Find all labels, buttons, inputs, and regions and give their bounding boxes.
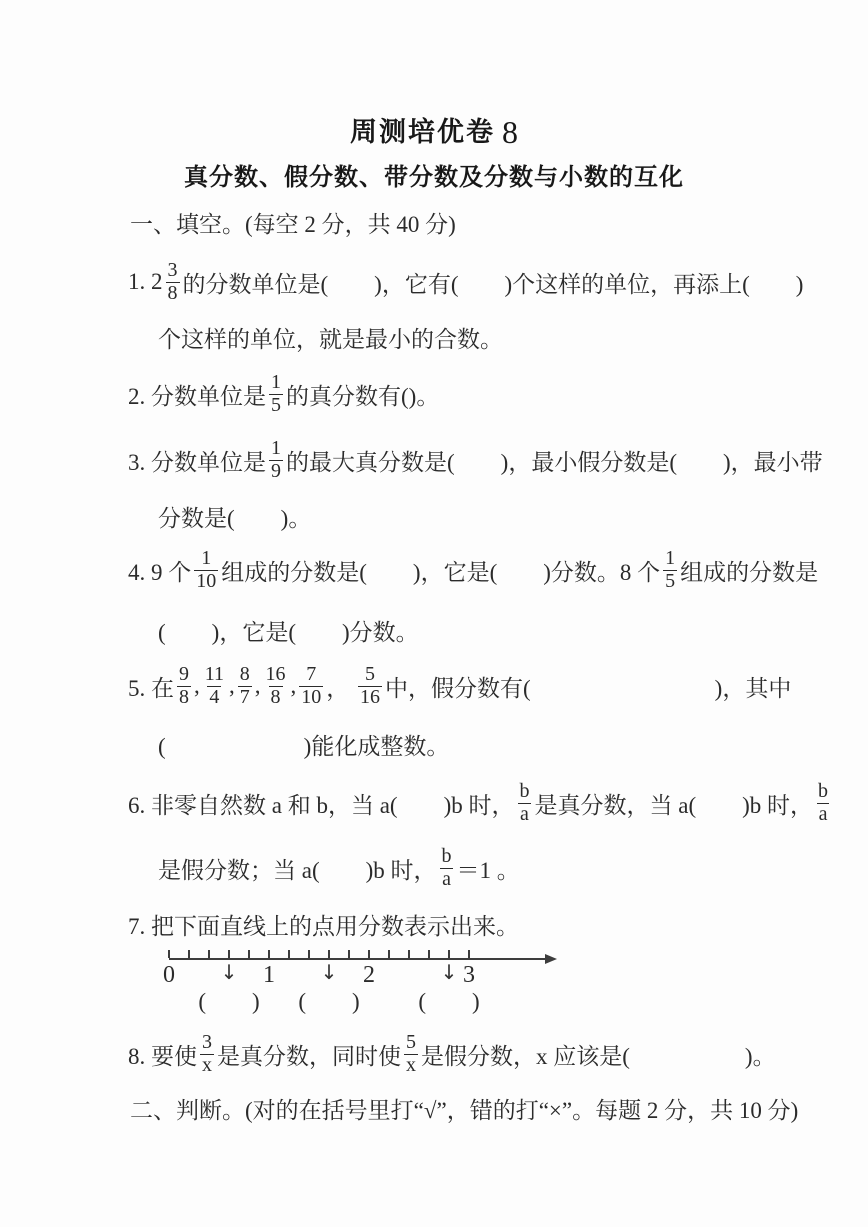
- fraction-numerator: 11: [203, 664, 226, 686]
- text-run: 6. 非零自然数 a 和 b，当 a( )b 时，: [128, 787, 515, 820]
- fraction: ba: [518, 781, 532, 825]
- text-run: 5. 在: [128, 670, 174, 703]
- question-4-line-2: ( )，它是( )分数。: [158, 614, 419, 647]
- fraction-denominator: 7: [238, 686, 252, 709]
- fraction: 516: [358, 664, 382, 708]
- fraction-denominator: 16: [358, 686, 382, 709]
- numberline-tick: [248, 950, 250, 958]
- text-run: 的真分数有()。: [286, 378, 439, 411]
- fraction-numerator: 5: [363, 664, 377, 686]
- text-run: ，: [326, 670, 355, 703]
- fraction-numerator: 7: [304, 664, 318, 686]
- fraction-numerator: 1: [269, 372, 283, 394]
- text-run: 的最大真分数是( )，最小假分数是( )，最小带: [286, 444, 823, 477]
- text-run: ,: [194, 673, 200, 699]
- text-run: ( )能化成整数。: [158, 734, 449, 759]
- fraction-numerator: 1: [269, 438, 283, 460]
- numberline-label: 3: [463, 963, 475, 987]
- text-run: 组成的分数是( )，它是( )分数。8 个: [221, 554, 660, 587]
- text-run: 8. 要使: [128, 1038, 197, 1071]
- question-7-line-1: 7. 把下面直线上的点用分数表示出来。: [128, 908, 519, 941]
- question-4-line-1: 4. 9 个110组成的分数是( )，它是( )分数。8 个15组成的分数是: [128, 540, 818, 600]
- fraction-denominator: 9: [269, 460, 283, 483]
- question-2-line-1: 2. 分数单位是15的真分数有()。: [128, 364, 439, 424]
- fraction: 5x: [404, 1032, 418, 1076]
- page-title-number: 8: [502, 114, 518, 150]
- numberline-tick: [368, 950, 370, 958]
- fraction-numerator: 9: [177, 664, 191, 686]
- page-title-text: 周测培优卷: [350, 117, 495, 147]
- numberline-label: 2: [363, 963, 375, 987]
- text-run: 组成的分数是: [680, 554, 818, 587]
- numberline-label: 1: [263, 963, 275, 987]
- text-run: 1. 2: [128, 269, 163, 295]
- fraction: 15: [269, 372, 283, 416]
- question-8-line-1: 8. 要使3x是真分数，同时使5x是假分数，x 应该是( )。: [128, 1024, 776, 1084]
- fraction-denominator: a: [440, 868, 453, 891]
- fraction-numerator: 1: [663, 548, 677, 570]
- numberline-tick: [348, 950, 350, 958]
- numberline-tick: [388, 950, 390, 958]
- worksheet-page: 周测培优卷8 真分数、假分数、带分数及分数与小数的互化 一、填空。(每空 2 分…: [0, 0, 868, 1227]
- numberline-tick: [428, 950, 430, 958]
- text-run: 是真分数，同时使: [217, 1038, 401, 1071]
- fraction-numerator: 5: [404, 1032, 418, 1054]
- fraction-denominator: 5: [663, 570, 677, 593]
- fraction-denominator: x: [200, 1054, 214, 1077]
- numberline-tick: [168, 950, 170, 958]
- fraction: 19: [269, 438, 283, 482]
- numberline-tick: [228, 950, 230, 958]
- numberline-tick: [408, 950, 410, 958]
- fraction-denominator: 8: [177, 686, 191, 709]
- fraction-denominator: a: [518, 803, 531, 826]
- question-3-line-2: 分数是( )。: [158, 500, 311, 533]
- question-3-line-1: 3. 分数单位是19的最大真分数是( )，最小假分数是( )，最小带: [128, 430, 823, 490]
- fraction: 110: [194, 548, 218, 592]
- text-run: 7. 把下面直线上的点用分数表示出来。: [128, 914, 519, 939]
- numberline-tick: [328, 950, 330, 958]
- fraction: ba: [816, 781, 830, 825]
- numberline-tick: [448, 950, 450, 958]
- fraction-denominator: 10: [299, 686, 323, 709]
- answer-blank: ( ): [418, 990, 479, 1013]
- text-run: 是真分数，当 a( )b 时，: [535, 787, 814, 820]
- numberline-arrowhead-icon: [545, 954, 557, 964]
- fraction-denominator: 8: [269, 686, 283, 709]
- question-6-line-2: 是假分数；当 a( )b 时，ba＝1 。: [158, 838, 520, 898]
- text-run: 中，假分数有( )，其中: [385, 670, 791, 703]
- fraction: 98: [177, 664, 191, 708]
- fraction-denominator: 5: [269, 394, 283, 417]
- number-line-figure: 0123↓↓↓( )( )( ): [0, 945, 868, 1020]
- down-arrow-icon: ↓: [321, 962, 338, 982]
- text-run: 是假分数；当 a( )b 时，: [158, 852, 437, 885]
- text-run: ( )，它是( )分数。: [158, 620, 419, 645]
- fraction-numerator: 3: [166, 260, 180, 282]
- text-run: ,: [255, 673, 261, 699]
- fraction: 114: [203, 664, 226, 708]
- fraction-numerator: 16: [264, 664, 288, 686]
- fraction-denominator: a: [817, 803, 830, 826]
- question-1-line-2: 个这样的单位，就是最小的合数。: [158, 321, 503, 354]
- page-subtitle: 真分数、假分数、带分数及分数与小数的互化: [0, 157, 868, 192]
- page-title: 周测培优卷8: [0, 110, 868, 151]
- text-run: ,: [291, 673, 297, 699]
- text-run: 是假分数，x 应该是( )。: [421, 1038, 776, 1071]
- fraction-numerator: 1: [199, 548, 213, 570]
- fraction: 3x: [200, 1032, 214, 1076]
- fraction: 15: [663, 548, 677, 592]
- numberline-tick: [288, 950, 290, 958]
- text-run: 4. 9 个: [128, 554, 191, 587]
- fraction-numerator: 3: [200, 1032, 214, 1054]
- fraction-numerator: b: [816, 781, 830, 803]
- text-run: 个这样的单位，就是最小的合数。: [158, 327, 503, 352]
- fraction-denominator: x: [404, 1054, 418, 1077]
- answer-blank: ( ): [298, 990, 359, 1013]
- numberline-tick: [268, 950, 270, 958]
- section-1-heading: 一、填空。(每空 2 分，共 40 分): [130, 206, 456, 239]
- numberline-tick: [208, 950, 210, 958]
- fraction: ba: [440, 846, 454, 890]
- answer-blank: ( ): [198, 990, 259, 1013]
- question-1-line-1: 1. 238的分数单位是( )，它有( )个这样的单位，再添上( ): [128, 252, 803, 312]
- question-6-line-1: 6. 非零自然数 a 和 b，当 a( )b 时，ba是真分数，当 a( )b …: [128, 773, 833, 833]
- numberline-tick: [468, 950, 470, 958]
- fraction: 168: [264, 664, 288, 708]
- text-run: 的分数单位是( )，它有( )个这样的单位，再添上( ): [183, 266, 804, 299]
- question-5-line-1: 5. 在98,114,87,168,710， 516中，假分数有( )，其中: [128, 656, 791, 716]
- text-run: 分数是( )。: [158, 506, 311, 531]
- section-2-heading: 二、判断。(对的在括号里打“√”，错的打“×”。每题 2 分，共 10 分): [130, 1092, 798, 1125]
- down-arrow-icon: ↓: [441, 962, 458, 982]
- fraction-numerator: b: [440, 846, 454, 868]
- question-5-line-2: ( )能化成整数。: [158, 728, 449, 761]
- fraction-numerator: b: [518, 781, 532, 803]
- numberline-tick: [308, 950, 310, 958]
- text-run: ＝1 。: [457, 852, 520, 885]
- text-run: 2. 分数单位是: [128, 378, 266, 411]
- fraction-denominator: 8: [166, 282, 180, 305]
- numberline-tick: [188, 950, 190, 958]
- fraction: 87: [238, 664, 252, 708]
- fraction-denominator: 10: [194, 570, 218, 593]
- fraction-denominator: 4: [207, 686, 221, 709]
- fraction: 38: [166, 260, 180, 304]
- text-run: ,: [229, 673, 235, 699]
- numberline-label: 0: [163, 963, 175, 987]
- fraction: 710: [299, 664, 323, 708]
- down-arrow-icon: ↓: [221, 962, 238, 982]
- text-run: 3. 分数单位是: [128, 444, 266, 477]
- fraction-numerator: 8: [238, 664, 252, 686]
